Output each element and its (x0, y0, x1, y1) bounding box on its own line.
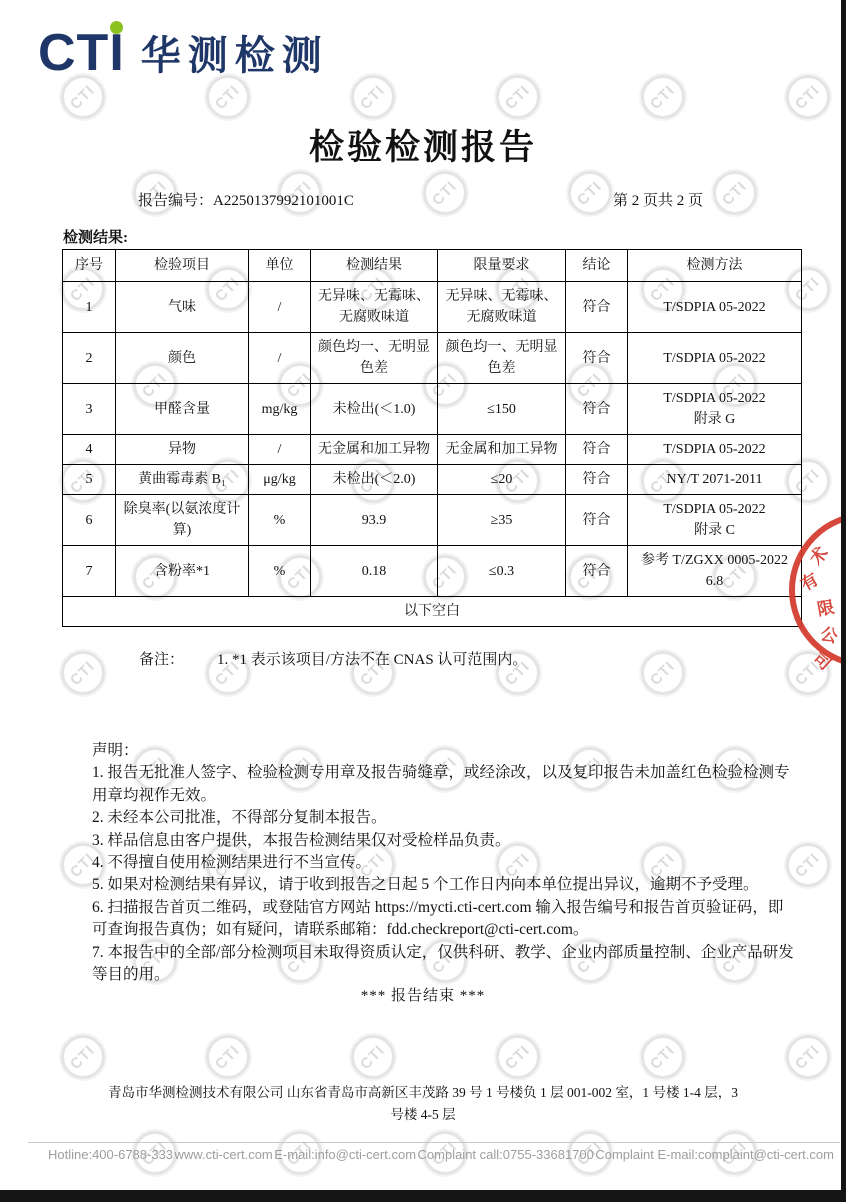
cti-watermark-icon: CTI (641, 75, 685, 119)
seal-character: 公 (818, 619, 841, 647)
report-end-marker: *** 报告结束 *** (0, 984, 846, 1005)
footer-contact-item-3: Complaint call:0755-33681700 (418, 1147, 594, 1162)
watermark-text: CTI (719, 177, 750, 208)
cell-conclusion: 符合 (566, 282, 628, 333)
cell-limit: ≥35 (438, 495, 566, 546)
cell-method: T/SDPIA 05-2022 (628, 435, 802, 465)
watermark-text: CTI (792, 849, 823, 880)
cell-unit: % (249, 546, 311, 597)
remark-label: 备注： (139, 648, 217, 669)
watermark-text: CTI (502, 1041, 533, 1072)
watermark-text: CTI (502, 81, 533, 112)
declaration-title: 声明： (92, 740, 794, 762)
seal-character: 术 (802, 540, 832, 569)
cell-item: 气味 (116, 282, 249, 333)
declaration-item-7: 7. 本报告中的全部/部分检测项目未取得资质认定，仅供科研、教学、企业内部质量控… (92, 942, 794, 987)
cti-watermark-icon: CTI (641, 651, 685, 695)
column-header-3: 检测结果 (311, 250, 438, 282)
cti-watermark-icon: CTI (786, 1035, 830, 1079)
results-section-label: 检测结果: (63, 226, 128, 247)
cell-unit: % (249, 495, 311, 546)
seal-character: 有 (795, 565, 822, 595)
cti-watermark-icon: CTI (206, 1035, 250, 1079)
report-number-value: A2250137992101001C (213, 193, 354, 209)
cell-no: 3 (63, 384, 116, 435)
cti-logo-chinese: 华测检测 (141, 36, 329, 77)
cell-limit: 无异味、无霉味、无腐败味道 (438, 282, 566, 333)
cell-method: T/SDPIA 05-2022 附录 G (628, 384, 802, 435)
results-table-body: 1气味/无异味、无霉味、无腐败味道无异味、无霉味、无腐败味道符合T/SDPIA … (63, 282, 802, 627)
table-row: 7含粉率*1%0.18≤0.3符合参考 T/ZGXX 0005-2022 6.8 (63, 546, 802, 597)
cell-conclusion: 符合 (566, 333, 628, 384)
cell-method: NY/T 2071-2011 (628, 465, 802, 495)
column-header-1: 检验项目 (116, 250, 249, 282)
cti-watermark-icon: CTI (61, 1035, 105, 1079)
scan-edge-bottom (0, 1190, 846, 1202)
cell-result: 无异味、无霉味、无腐败味道 (311, 282, 438, 333)
report-number: 报告编号：A2250137992101001C (138, 189, 354, 210)
results-table-wrap: 序号检验项目单位检测结果限量要求结论检测方法 1气味/无异味、无霉味、无腐败味道… (62, 249, 801, 627)
remark-text: 1. *1 表示该项目/方法不在 CNAS 认可范围内。 (217, 648, 527, 669)
watermark-text: CTI (357, 81, 388, 112)
cell-conclusion: 符合 (566, 495, 628, 546)
cell-conclusion: 符合 (566, 546, 628, 597)
seal-character: 限 (815, 593, 836, 621)
company-address: 青岛市华测检测技术有限公司 山东省青岛市高新区丰茂路 39 号 1 号楼负 1 … (103, 1082, 743, 1126)
table-row: 3甲醛含量mg/kg未检出(＜1.0)≤150符合T/SDPIA 05-2022… (63, 384, 802, 435)
table-row: 6除臭率(以氨浓度计算)%93.9≥35符合T/SDPIA 05-2022 附录… (63, 495, 802, 546)
cti-watermark-icon: CTI (496, 1035, 540, 1079)
footer-contact-item-2: E-mail:info@cti-cert.com (274, 1147, 416, 1162)
report-number-label: 报告编号： (138, 193, 213, 209)
cell-item: 含粉率*1 (116, 546, 249, 597)
table-blank-row: 以下空白 (63, 597, 802, 627)
declaration-item-4: 4. 不得擅自使用检测结果进行不当宣传。 (92, 852, 794, 874)
watermark-text: CTI (792, 1041, 823, 1072)
cell-conclusion: 符合 (566, 435, 628, 465)
seal-character: 司 (809, 645, 838, 675)
column-header-5: 结论 (566, 250, 628, 282)
cell-limit: 无金属和加工异物 (438, 435, 566, 465)
footer-divider (28, 1142, 840, 1143)
cell-item: 异物 (116, 435, 249, 465)
watermark-text: CTI (357, 1041, 388, 1072)
column-header-0: 序号 (63, 250, 116, 282)
cell-unit: / (249, 282, 311, 333)
blank-row-label: 以下空白 (63, 597, 802, 627)
meta-row: 报告编号：A2250137992101001C 第 2 页共 2 页 (138, 189, 703, 210)
cell-method: T/SDPIA 05-2022 附录 C (628, 495, 802, 546)
cell-method: T/SDPIA 05-2022 (628, 333, 802, 384)
column-header-4: 限量要求 (438, 250, 566, 282)
cell-item: 除臭率(以氨浓度计算) (116, 495, 249, 546)
declaration-item-5: 5. 如果对检测结果有异议，请于收到报告之日起 5 个工作日内向本单位提出异议，… (92, 874, 794, 896)
watermark-text: CTI (647, 1041, 678, 1072)
table-row: 1气味/无异味、无霉味、无腐败味道无异味、无霉味、无腐败味道符合T/SDPIA … (63, 282, 802, 333)
declaration-item-1: 1. 报告无批准人签字、检验检测专用章及报告骑缝章，或经涂改，以及复印报告未加盖… (92, 762, 794, 807)
report-page: CTICTICTICTICTICTICTICTICTICTICTICTICTIC… (0, 0, 846, 1202)
watermark-text: CTI (647, 657, 678, 688)
cell-item: 黄曲霉毒素 B₁ (116, 465, 249, 495)
watermark-text: CTI (212, 81, 243, 112)
watermark-text: CTI (647, 81, 678, 112)
cell-no: 5 (63, 465, 116, 495)
cell-result: 未检出(＜2.0) (311, 465, 438, 495)
scan-edge-right (841, 0, 846, 1202)
cell-result: 颜色均一、无明显色差 (311, 333, 438, 384)
cti-watermark-icon: CTI (351, 1035, 395, 1079)
column-header-2: 单位 (249, 250, 311, 282)
column-header-6: 检测方法 (628, 250, 802, 282)
declaration-item-2: 2. 未经本公司批准，不得部分复制本报告。 (92, 807, 794, 829)
cell-item: 甲醛含量 (116, 384, 249, 435)
cell-limit: ≤0.3 (438, 546, 566, 597)
declaration-items: 1. 报告无批准人签字、检验检测专用章及报告骑缝章，或经涂改，以及复印报告未加盖… (92, 762, 794, 986)
table-row: 2颜色/颜色均一、无明显色差颜色均一、无明显色差符合T/SDPIA 05-202… (63, 333, 802, 384)
cell-no: 7 (63, 546, 116, 597)
declaration-item-3: 3. 样品信息由客户提供，本报告检测结果仅对受检样品负责。 (92, 830, 794, 852)
cti-watermark-icon: CTI (641, 1035, 685, 1079)
watermark-text: CTI (67, 1041, 98, 1072)
cell-result: 未检出(＜1.0) (311, 384, 438, 435)
results-table: 序号检验项目单位检测结果限量要求结论检测方法 1气味/无异味、无霉味、无腐败味道… (62, 249, 802, 627)
cti-watermark-icon: CTI (496, 75, 540, 119)
cell-limit: 颜色均一、无明显色差 (438, 333, 566, 384)
footer-contact-item-1: www.cti-cert.com (175, 1147, 273, 1162)
cti-watermark-icon: CTI (351, 75, 395, 119)
cell-no: 2 (63, 333, 116, 384)
watermark-text: CTI (67, 81, 98, 112)
page-title: 检验检测报告 (0, 120, 846, 170)
cell-no: 6 (63, 495, 116, 546)
cell-result: 0.18 (311, 546, 438, 597)
declaration-block: 声明： 1. 报告无批准人签字、检验检测专用章及报告骑缝章，或经涂改，以及复印报… (92, 740, 794, 986)
cell-limit: ≤20 (438, 465, 566, 495)
cell-unit: mg/kg (249, 384, 311, 435)
watermark-text: CTI (67, 657, 98, 688)
cell-limit: ≤150 (438, 384, 566, 435)
cell-result: 无金属和加工异物 (311, 435, 438, 465)
table-header-row: 序号检验项目单位检测结果限量要求结论检测方法 (63, 250, 802, 282)
cell-conclusion: 符合 (566, 465, 628, 495)
cell-method: T/SDPIA 05-2022 (628, 282, 802, 333)
cell-no: 4 (63, 435, 116, 465)
cti-logo: CTI 华测检测 (38, 30, 329, 77)
cti-watermark-icon: CTI (61, 651, 105, 695)
declaration-item-6: 6. 扫描报告首页二维码，或登陆官方网站 https://mycti.cti-c… (92, 897, 794, 942)
cti-watermark-icon: CTI (206, 75, 250, 119)
cell-item: 颜色 (116, 333, 249, 384)
cell-unit: μg/kg (249, 465, 311, 495)
table-row: 4异物/无金属和加工异物无金属和加工异物符合T/SDPIA 05-2022 (63, 435, 802, 465)
cti-logo-green-dot-icon (110, 21, 123, 34)
cell-method: 参考 T/ZGXX 0005-2022 6.8 (628, 546, 802, 597)
cti-logo-text: CTI (38, 30, 125, 77)
cell-no: 1 (63, 282, 116, 333)
footer-contact-bar: Hotline:400-6788-333www.cti-cert.comE-ma… (48, 1147, 834, 1162)
cell-result: 93.9 (311, 495, 438, 546)
remark-row: 备注： 1. *1 表示该项目/方法不在 CNAS 认可范围内。 (139, 648, 527, 669)
cell-unit: / (249, 333, 311, 384)
cti-watermark-icon: CTI (713, 171, 757, 215)
watermark-text: CTI (792, 81, 823, 112)
footer-contact-item-0: Hotline:400-6788-333 (48, 1147, 173, 1162)
page-indicator: 第 2 页共 2 页 (613, 189, 703, 210)
footer-contact-item-4: Complaint E-mail:complaint@cti-cert.com (595, 1147, 834, 1162)
cell-conclusion: 符合 (566, 384, 628, 435)
cti-watermark-icon: CTI (786, 75, 830, 119)
watermark-text: CTI (212, 1041, 243, 1072)
cell-unit: / (249, 435, 311, 465)
table-row: 5黄曲霉毒素 B₁μg/kg未检出(＜2.0)≤20符合NY/T 2071-20… (63, 465, 802, 495)
